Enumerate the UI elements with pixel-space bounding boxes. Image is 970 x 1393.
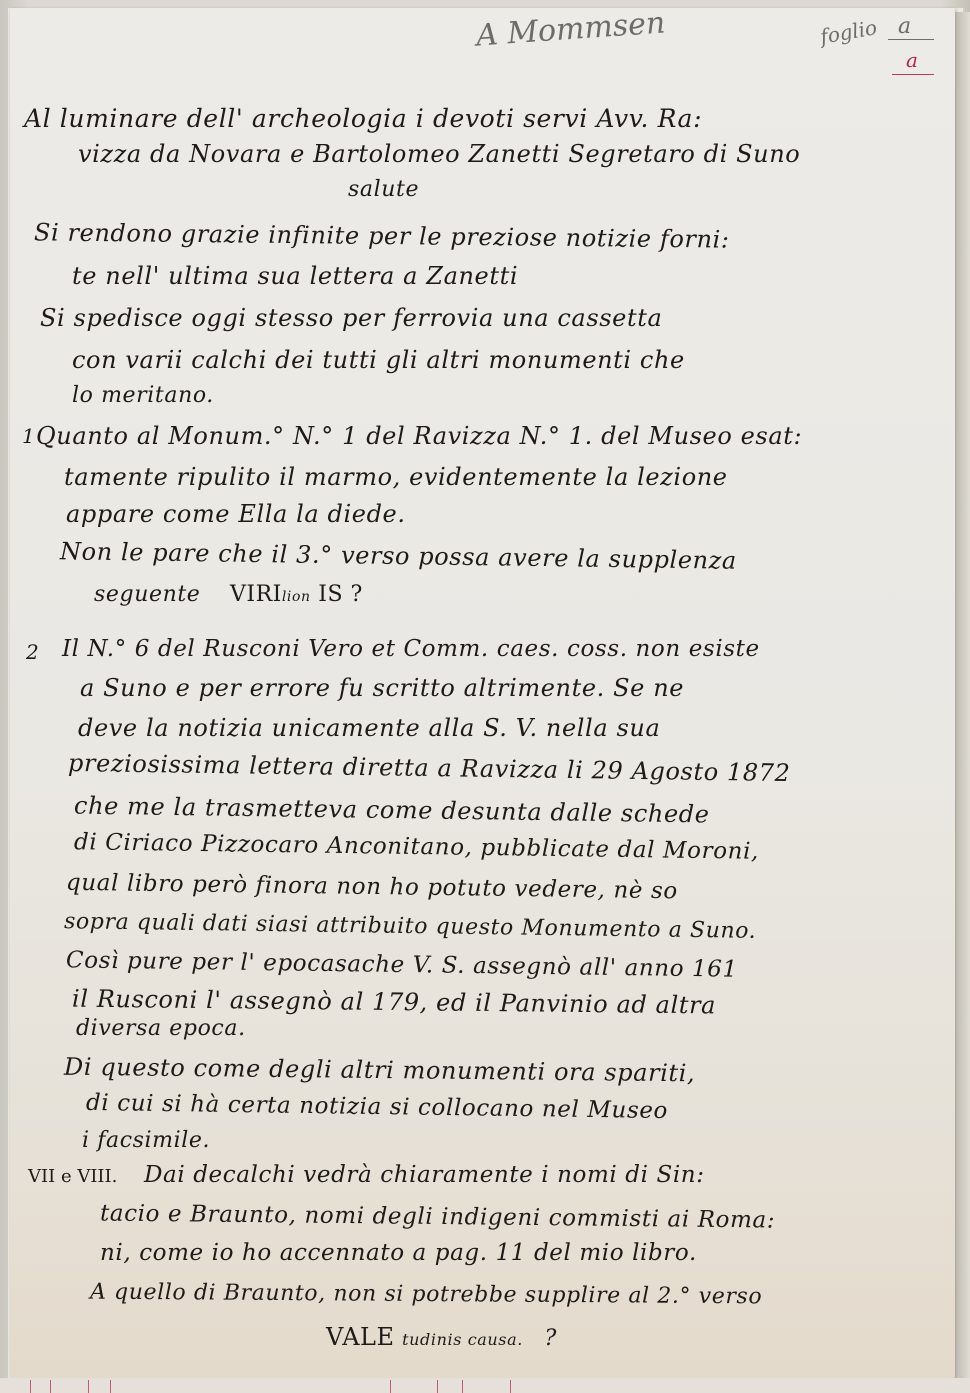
lower-sheet-strip (0, 1378, 970, 1393)
closing-rest: tudinis causa. (402, 1330, 523, 1349)
closing-question-mark: ? (545, 1326, 557, 1351)
inscription-end: IS ? (318, 582, 363, 607)
red-rule-mark (390, 1380, 391, 1393)
closing-caps: VALE (326, 1323, 395, 1351)
item78-line-3: ni, come io ho accennato a pag. 11 del m… (100, 1240, 697, 1266)
item1-line-2: tamente ripulito il marmo, evidentemente… (64, 463, 728, 491)
thanks-line-2: te nell' ultima sua lettera a Zanetti (72, 262, 518, 290)
item-number-1: 1 (22, 424, 35, 448)
salutation-line-2: vizza da Novara e Bartolomeo Zanetti Seg… (78, 140, 800, 168)
inscription-supplement: lion (282, 589, 311, 605)
item1-prefix: seguente (94, 582, 200, 607)
inscription-caps: VIRI (230, 582, 282, 607)
red-rule-mark (437, 1380, 438, 1393)
item1-line-5: seguente VIRIlion IS ? (94, 582, 363, 607)
red-rule-mark (50, 1380, 51, 1393)
item-number-2: 2 (26, 640, 39, 664)
item78-line-1: Dai decalchi vedrà chiaramente i nomi di… (144, 1162, 705, 1188)
item2-line-11: diversa epoca. (76, 1016, 246, 1041)
item1-line-3: appare come Ella la diede. (66, 500, 406, 528)
folio-mark-red: a (906, 48, 918, 72)
closing-line: VALE tudinis causa. ? (326, 1323, 557, 1351)
item1-line-1: Quanto al Monum.° N.° 1 del Ravizza N.° … (36, 422, 802, 450)
shipment-line-3: lo meritano. (72, 383, 214, 408)
red-rule-mark (462, 1380, 463, 1393)
folio-underline (888, 39, 934, 40)
red-rule-mark (510, 1380, 511, 1393)
shipment-line-1: Si spedisce oggi stesso per ferrovia una… (40, 304, 662, 332)
folio-red-underline (892, 74, 934, 75)
item2-line-2: a Suno e per errore fu scritto altriment… (80, 674, 684, 702)
shipment-line-2: con varii calchi dei tutti gli altri mon… (72, 346, 685, 374)
item2-line-1: Il N.° 6 del Rusconi Vero et Comm. caes.… (62, 636, 760, 662)
red-rule-mark (110, 1380, 111, 1393)
disappeared-line-3: i facsimile. (82, 1128, 210, 1153)
salutation-line-3: salute (348, 177, 419, 202)
item78-line-4: A quello di Braunto, non si potrebbe sup… (90, 1280, 762, 1310)
red-rule-mark (88, 1380, 89, 1393)
item-number-7-8: VII e VIII. (28, 1166, 117, 1187)
red-rule-mark (30, 1380, 31, 1393)
folio-mark-pencil: a (898, 14, 911, 39)
item2-line-3: deve la notizia unicamente alla S. V. ne… (78, 714, 660, 742)
salutation-line-1: Al luminare dell' archeologia i devoti s… (24, 104, 702, 133)
